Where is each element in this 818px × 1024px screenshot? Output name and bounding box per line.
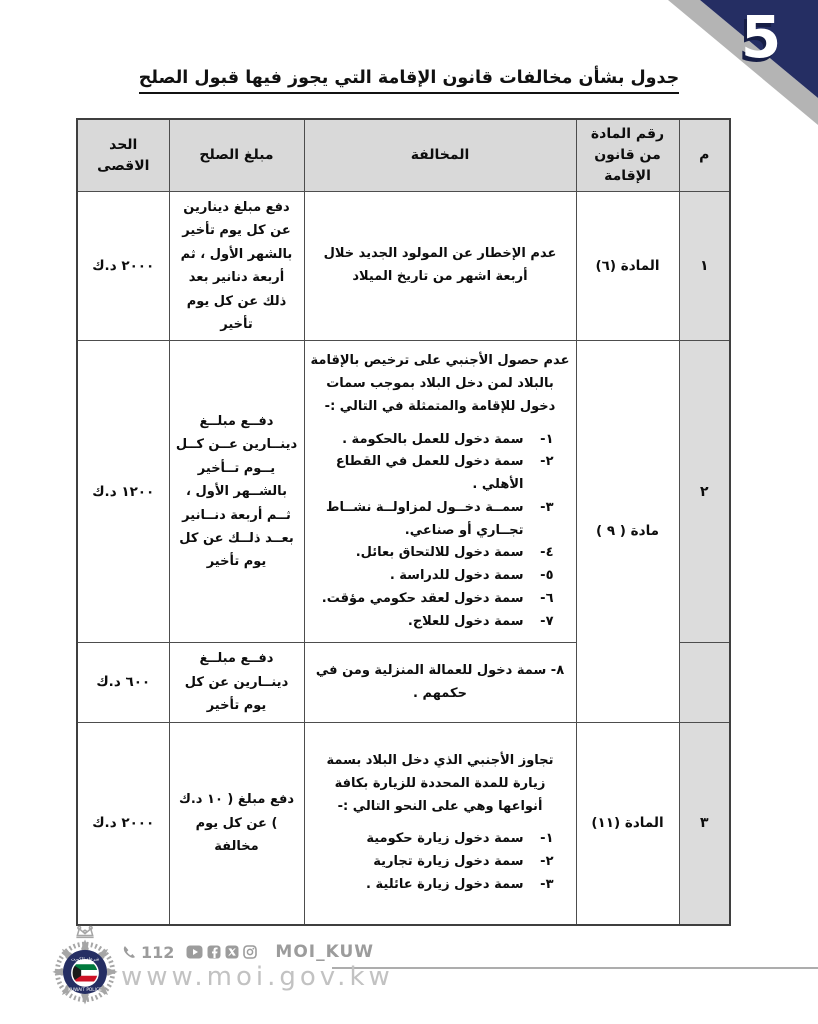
row2b-violation-item: ٨- سمة دخول للعمالة المنزلية ومن في حكمه… (311, 659, 570, 706)
row3-settlement: دفع مبلغ ( ١٠ د.ك ) عن كل يوم مخالفة (169, 722, 304, 925)
list-item: ٢-سمة دخول زيارة تجارية (315, 851, 554, 874)
row2b-violation: ٨- سمة دخول للعمالة المنزلية ومن في حكمه… (304, 643, 576, 722)
document-page: { "page": { "corner_number": "5" }, "tit… (0, 0, 818, 1024)
list-item: ٣-سمــة دخــول لمزاولــة نشــاط تجــاري … (315, 497, 554, 543)
row3-violation-intro: تجاوز الأجنبي الذي دخل البلاد بسمة زيارة… (311, 750, 570, 818)
row3-num: ٣ (679, 722, 730, 925)
row2-violation: عدم حصول الأجنبي على ترخيص بالإقامة بالب… (304, 341, 576, 643)
row1-num: ١ (679, 192, 730, 341)
row3-violation-list: ١-سمة دخول زيارة حكومية ٢-سمة دخول زيارة… (311, 828, 570, 896)
row2-num: ٢ (679, 341, 730, 643)
footer-divider-line (332, 967, 818, 969)
list-item: ٣-سمة دخول زيارة عائلية . (315, 874, 554, 897)
header-article: رقم المادة من قانون الإقامة (576, 119, 679, 192)
violations-table: م رقم المادة من قانون الإقامة المخالفة م… (76, 118, 731, 926)
emergency-phone: 112 (122, 943, 174, 962)
row1-settlement: دفع مبلغ دينارين عن كل يوم تأخير بالشهر … (169, 192, 304, 341)
list-item: ٤-سمة دخول للالتحاق بعائل. (315, 542, 554, 565)
moi-kuwait-police-logo: شرطة الكويت KUWAIT POLICE (48, 924, 122, 1016)
row2-violation-list: ١-سمة دخول للعمل بالحكومة . ٢-سمة دخول ل… (311, 429, 570, 634)
phone-icon (122, 945, 137, 960)
footer: شرطة الكويت KUWAIT POLICE 112 (0, 920, 818, 1024)
header-violation: المخالفة (304, 119, 576, 192)
table-row-3: ٣ المادة (١١) تجاوز الأجنبي الذي دخل الب… (77, 722, 730, 925)
x-twitter-icon (225, 945, 239, 959)
header-max: الحد الاقصى (77, 119, 169, 192)
row3-article: المادة (١١) (576, 722, 679, 925)
violations-table-wrapper: م رقم المادة من قانون الإقامة المخالفة م… (78, 118, 731, 926)
page-number: 5 (726, 8, 796, 66)
logo-english-text: KUWAIT POLICE (68, 987, 102, 993)
row1-article: المادة (٦) (576, 192, 679, 341)
instagram-icon (243, 945, 257, 959)
row3-violation: تجاوز الأجنبي الذي دخل البلاد بسمة زيارة… (304, 722, 576, 925)
page-title: جدول بشأن مخالفات قانون الإقامة التي يجو… (0, 68, 818, 88)
youtube-icon (186, 945, 203, 959)
list-item: ٢-سمة دخول للعمل في القطاع الأهلي . (315, 451, 554, 497)
row2b-num-empty (679, 643, 730, 722)
row2-violation-intro: عدم حصول الأجنبي على ترخيص بالإقامة بالب… (311, 350, 570, 418)
row2b-settlement: دفــع مبلــغ دينــارين عن كل يوم تأخير (169, 643, 304, 722)
row2-max: ١٢٠٠ د.ك (77, 341, 169, 643)
table-row-1: ١ المادة (٦) عدم الإخطار عن المولود الجد… (77, 192, 730, 341)
list-item: ٥-سمة دخول للدراسة . (315, 565, 554, 588)
header-row: م رقم المادة من قانون الإقامة المخالفة م… (77, 119, 730, 192)
crown-icon (76, 926, 93, 937)
facebook-icon (207, 945, 221, 959)
row1-max: ٢٠٠٠ د.ك (77, 192, 169, 341)
header-num: م (679, 119, 730, 192)
list-item: ١-سمة دخول للعمل بالحكومة . (315, 429, 554, 452)
table-row-2: ٢ مادة ( ٩ ) عدم حصول الأجنبي على ترخيص … (77, 341, 730, 643)
footer-contact-row: 112 MOI_KUW (122, 942, 374, 962)
list-item: ٧-سمة دخول للعلاج. (315, 611, 554, 634)
row2-article: مادة ( ٩ ) (576, 341, 679, 722)
list-item: ١-سمة دخول زيارة حكومية (315, 828, 554, 851)
row1-violation: عدم الإخطار عن المولود الجديد خلال أربعة… (304, 192, 576, 341)
list-item: ٦-سمة دخول لعقد حكومي مؤقت. (315, 588, 554, 611)
kuwait-flag (73, 964, 98, 981)
row3-max: ٢٠٠٠ د.ك (77, 722, 169, 925)
social-handle: MOI_KUW (275, 942, 374, 962)
row2-settlement: دفــع مبلــغ دينــارين عــن كــل يــوم ت… (169, 341, 304, 643)
footer-website: www.moi.gov.kw (121, 962, 394, 992)
header-settlement: مبلغ الصلح (169, 119, 304, 192)
social-icons (186, 945, 257, 959)
row2b-max: ٦٠٠ د.ك (77, 643, 169, 722)
